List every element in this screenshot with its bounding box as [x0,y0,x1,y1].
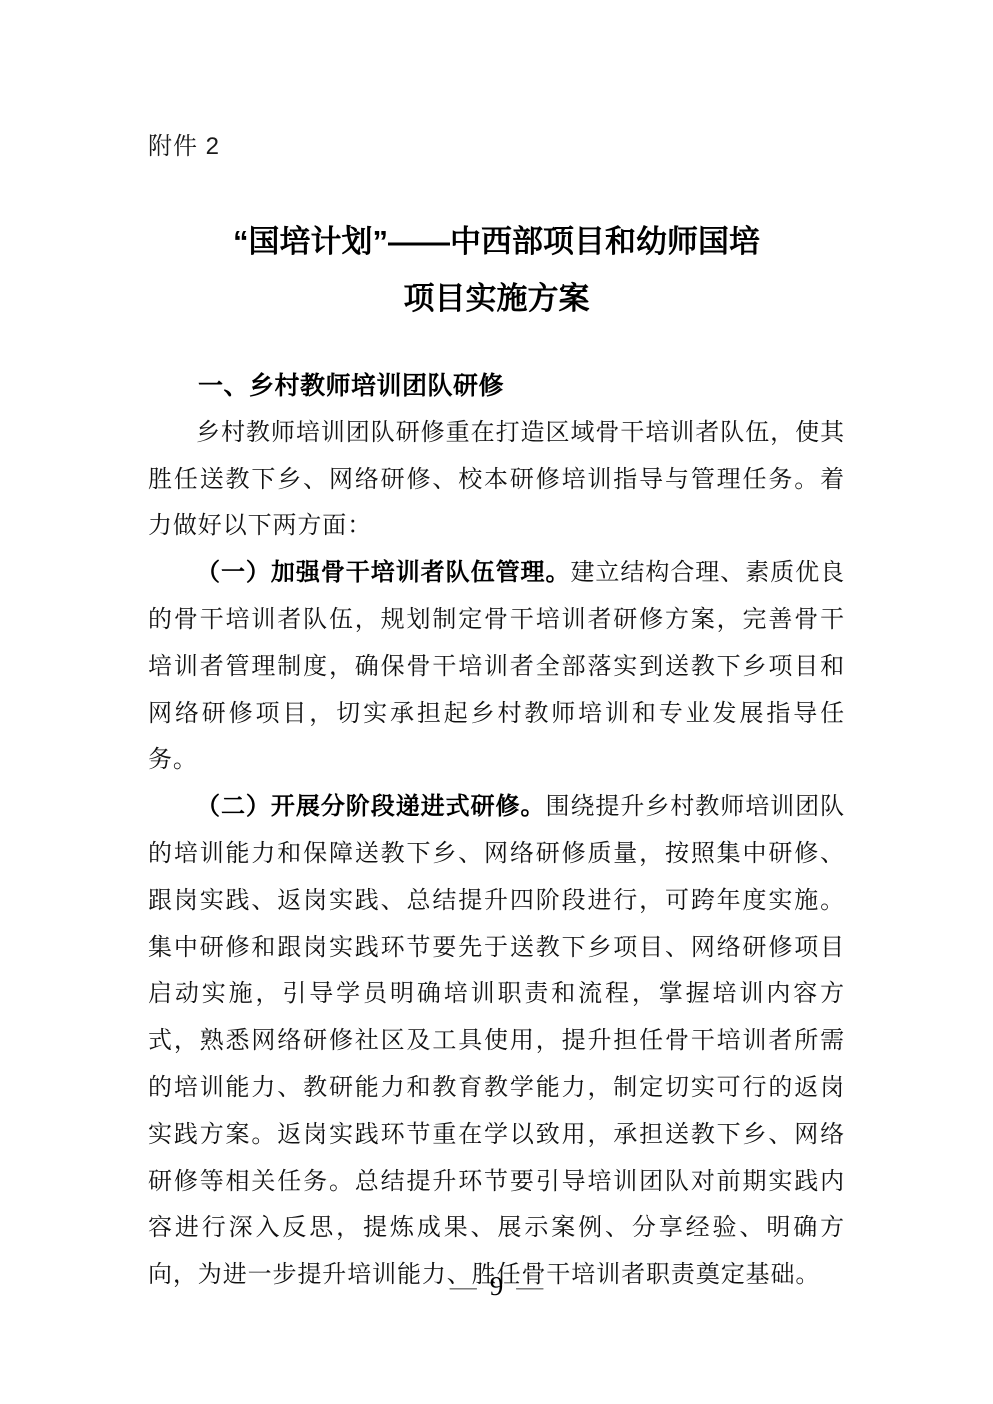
document-page: 附件 2 “国培计划”——中西部项目和幼师国培 项目实施方案 一、乡村教师培训团… [0,0,993,1404]
paragraph-item2: （二）开展分阶段递进式研修。围绕提升乡村教师培训团队的培训能力和保障送教下乡、网… [148,784,845,1299]
paragraph-item1: （一）加强骨干培训者队伍管理。建立结构合理、素质优良的骨干培训者队伍，规划制定骨… [148,550,845,784]
paragraph-item1-body: 建立结构合理、素质优良的骨干培训者队伍，规划制定骨干培训者研修方案，完善骨干培训… [148,560,845,773]
document-title-line1: “国培计划”——中西部项目和幼师国培 [0,213,993,270]
attachment-label: 附件 2 [148,131,220,163]
paragraph-item1-lead: （一）加强骨干培训者队伍管理。 [196,560,570,586]
section-heading: 一、乡村教师培训团队研修 [148,363,845,410]
footer-dash-right: — [516,1271,543,1301]
paragraph-item2-body: 围绕提升乡村教师培训团队的培训能力和保障送教下乡、网络研修质量，按照集中研修、跟… [148,794,845,1288]
paragraph-intro: 乡村教师培训团队研修重在打造区域骨干培训者队伍，使其胜任送教下乡、网络研修、校本… [148,410,845,550]
page-number: 9 [490,1271,504,1301]
footer-dash-left: — [450,1271,477,1301]
document-body: 一、乡村教师培训团队研修 乡村教师培训团队研修重在打造区域骨干培训者队伍，使其胜… [148,363,845,1299]
page-footer: —9— [0,1266,993,1306]
document-title-line2: 项目实施方案 [0,270,993,327]
document-title: “国培计划”——中西部项目和幼师国培 项目实施方案 [0,213,993,327]
paragraph-item2-lead: （二）开展分阶段递进式研修。 [196,794,545,820]
